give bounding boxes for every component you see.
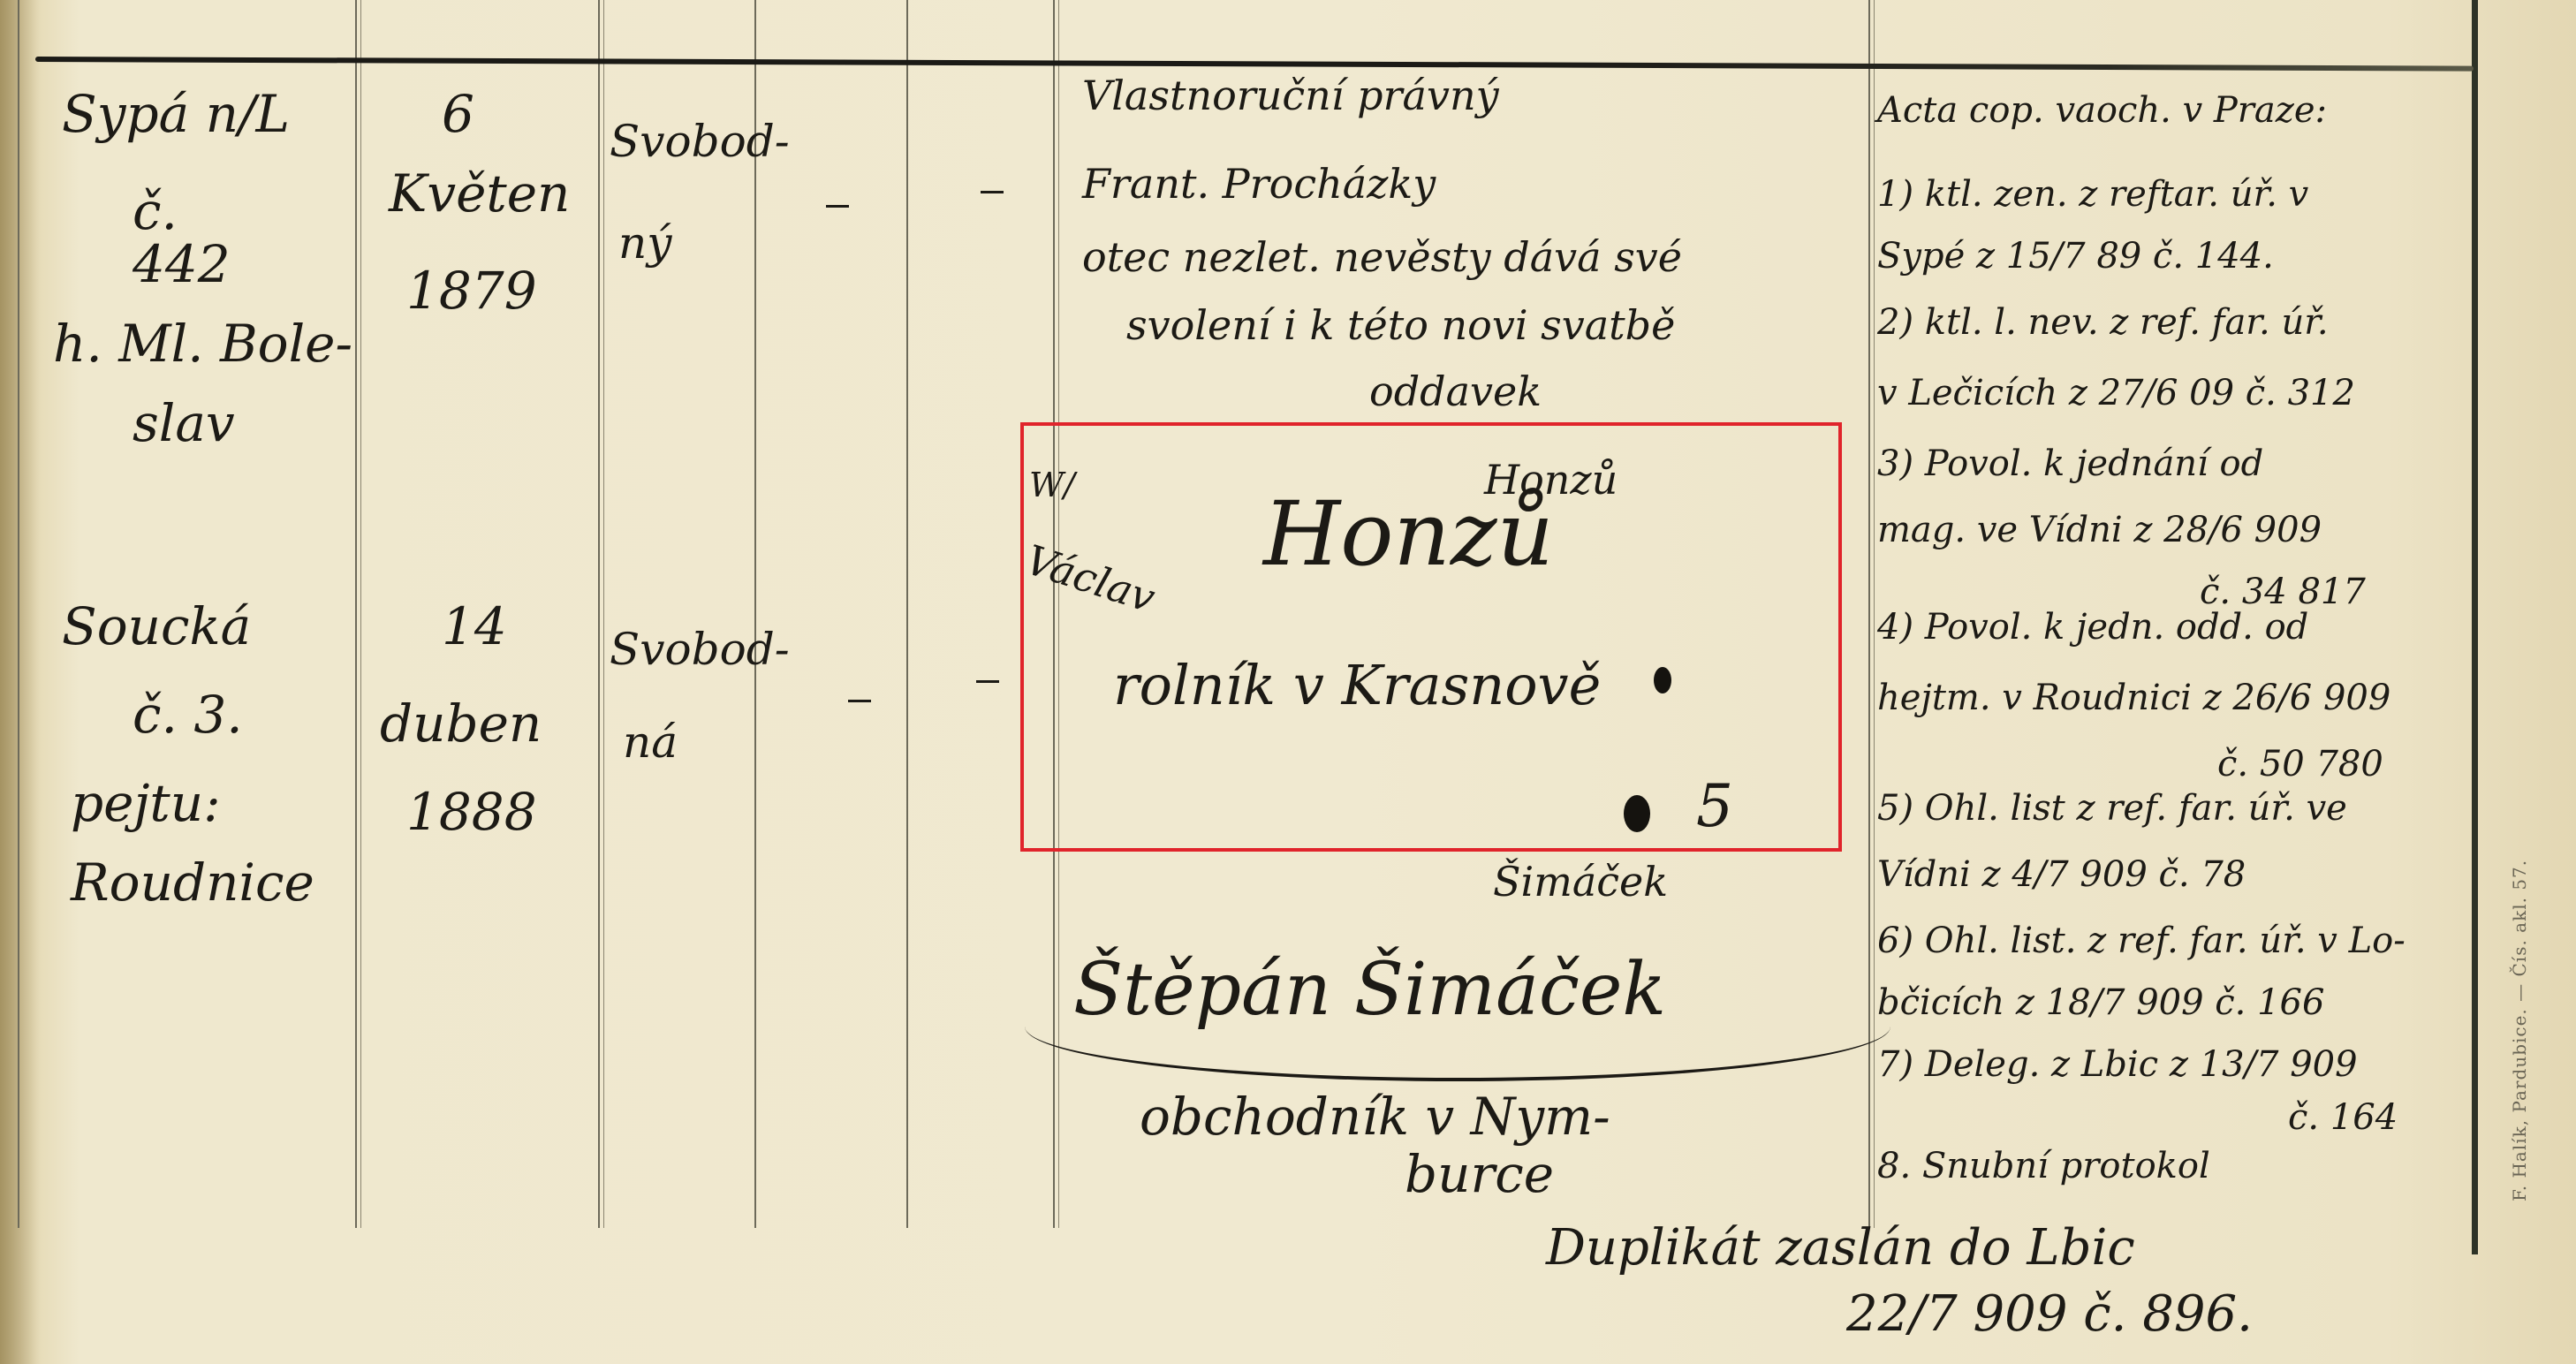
duplicate-note: Duplikát zaslán do Lbic: [1546, 1224, 2135, 1273]
remark-line: 1) ktl. zen. z reftar. úř. v: [1877, 177, 2308, 212]
entry1-col5-dash: [981, 191, 1004, 193]
signature-flourish: [1025, 972, 1890, 1081]
entry1-birth-year: 1879: [406, 265, 537, 316]
remark-line: č. 50 780: [2217, 746, 2383, 782]
consent-note-line: Vlastnoruční právný: [1082, 75, 1499, 116]
entry1-place-line: Sypá n/L: [62, 88, 290, 140]
entry1-place-line: slav: [133, 398, 235, 449]
column-rule: [1868, 0, 1870, 1228]
entry2-place-line: č. 3.: [133, 689, 243, 740]
entry2-col5-dash: [976, 680, 999, 683]
remark-line: v Lečicích z 27/6 09 č. 312: [1877, 375, 2355, 411]
consent-note-line: Frant. Procházky: [1082, 163, 1436, 204]
consent-note-line: otec nezlet. nevěsty dává své: [1082, 237, 1682, 277]
remark-line: bčicích z 18/7 909 č. 166: [1877, 985, 2324, 1020]
entry2-status: ná: [623, 720, 678, 764]
second-witness-surname-label: Šimáček: [1493, 861, 1668, 902]
entry2-place-line: Soucká: [62, 601, 251, 652]
entry1-place-line: č.: [133, 186, 178, 237]
entry2-birth-day: 14: [442, 601, 507, 652]
register-page: Sypá n/L č. 442 h. Ml. Bole- slav 6 Květ…: [0, 0, 2576, 1364]
remark-line: 2) ktl. l. nev. z ref. far. úř.: [1877, 305, 2329, 340]
remark-line: Sypé z 15/7 89 č. 144.: [1877, 239, 2274, 274]
remark-line: 6) Ohl. list. z ref. far. úř. v Lo-: [1877, 923, 2406, 959]
entry2-birth-year: 1888: [406, 786, 537, 837]
remark-line: Vídni z 4/7 909 č. 78: [1877, 857, 2246, 892]
column-rule: [355, 0, 357, 1228]
binding-shadow: [0, 0, 41, 1364]
remark-line: hejtm. v Roudnici z 26/6 909: [1877, 680, 2390, 716]
entry1-place-line: h. Ml. Bole-: [53, 318, 352, 369]
entry1-status: Svobod-: [610, 119, 790, 163]
entry2-birth-month: duben: [380, 698, 542, 749]
entry1-place-line: 442: [133, 239, 231, 290]
remark-line: 5) Ohl. list z ref. far. úř. ve: [1877, 791, 2347, 826]
column-rule: [906, 0, 908, 1228]
remark-line: 8. Snubní protokol: [1877, 1148, 2210, 1184]
column-rule: [18, 0, 19, 1228]
entry1-birth-day: 6: [442, 88, 474, 140]
remark-line: 7) Deleg. z Lbic z 13/7 909: [1877, 1047, 2358, 1082]
second-witness-occupation: burce: [1405, 1148, 1554, 1200]
page-border-rule: [2472, 0, 2478, 1254]
remark-line: č. 164: [2288, 1100, 2398, 1135]
consent-note-line: oddavek: [1369, 371, 1542, 412]
consent-note-line: svolení i k této novi svatbě: [1126, 305, 1675, 345]
printer-imprint: F. Halík, Pardubice. — Čís. akl. 57.: [2509, 860, 2530, 1201]
entry2-place-line: pejtu:: [71, 777, 221, 829]
header-rule: [35, 57, 2474, 72]
entry1-col4-dash: [826, 205, 849, 208]
remark-line: 3) Povol. k jednání od: [1877, 446, 2263, 481]
column-rule: [754, 0, 756, 1228]
remark-line: 4) Povol. k jedn. odd. od: [1877, 610, 2308, 645]
entry2-status: Svobod-: [610, 627, 790, 671]
entry2-col4-dash: [848, 700, 871, 702]
second-witness-occupation: obchodník v Nym-: [1140, 1091, 1610, 1142]
remark-line: č. 34 817: [2200, 574, 2366, 610]
column-rule: [598, 0, 600, 1228]
annotation-bounding-box: [1020, 422, 1842, 852]
entry1-status: ný: [618, 221, 671, 265]
duplicate-note: 22/7 909 č. 896.: [1846, 1290, 2253, 1339]
entry2-place-line: Roudnice: [71, 857, 314, 908]
remark-line: mag. ve Vídni z 28/6 909: [1877, 512, 2322, 548]
entry1-birth-month: Květen: [389, 168, 570, 219]
remark-line: Acta cop. vaoch. v Praze:: [1877, 93, 2327, 128]
